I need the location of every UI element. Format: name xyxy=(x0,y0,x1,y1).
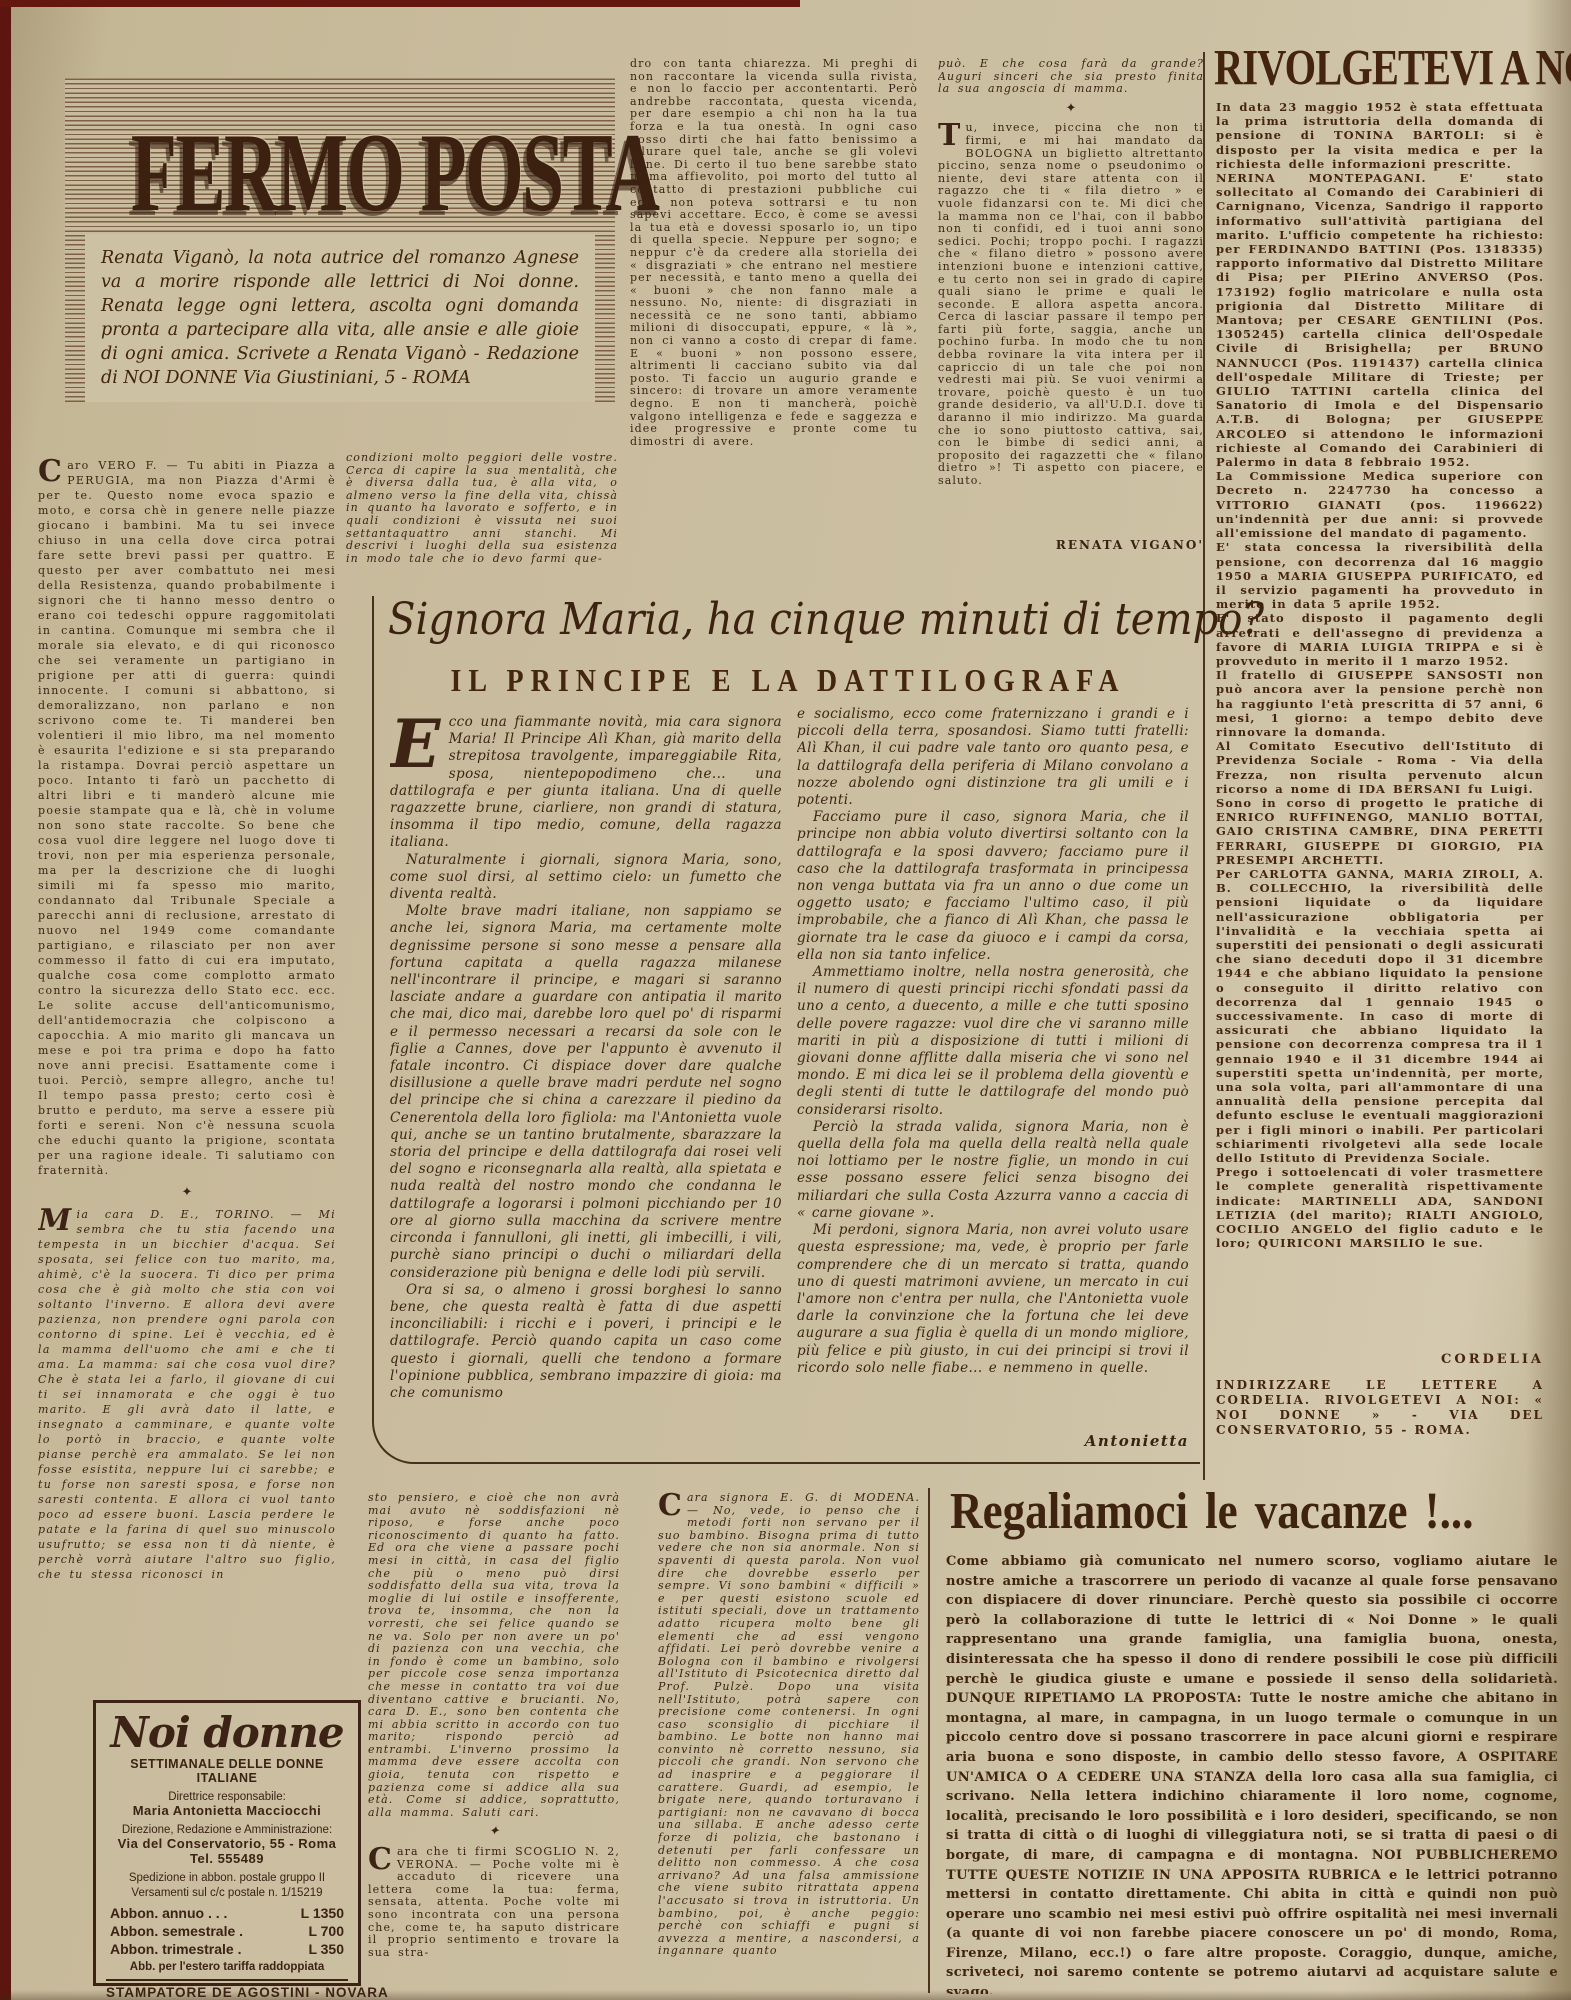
address: Via del Conservatorio, 55 - Roma xyxy=(106,1836,348,1851)
column-rule-vertical xyxy=(928,1488,930,1993)
letter-ending: può. E che cosa farà da grande? Auguri s… xyxy=(938,58,1204,96)
newspaper-page: { "masthead": { "title": "FERMO POSTA", … xyxy=(0,0,1571,2000)
article-paragraph: Facciamo pure il caso, signora Maria, ch… xyxy=(797,809,1189,964)
rivolgetevi-column: In data 23 maggio 1952 è stata effettuat… xyxy=(1216,100,1544,1352)
diamond-separator-icon: ✦ xyxy=(938,103,1204,116)
rivolgetevi-item: E' stato disposto il pagamento degli arr… xyxy=(1216,611,1544,668)
cordelia-signature: CORDELIA xyxy=(1216,1352,1544,1367)
address-label: Direzione, Redazione e Amministrazione: xyxy=(106,1824,348,1836)
shipping-note: Spedizione in abbon. postale gruppo II xyxy=(106,1872,348,1884)
letter-de-torino: ia cara D. E., TORINO. — Mi sembra che t… xyxy=(38,1208,336,1581)
diamond-separator-icon: ✦ xyxy=(368,1826,620,1839)
letters-column-2: dro con tanta chiarezza. Mi preghi di no… xyxy=(630,58,918,572)
payments-note: Versamenti sul c/c postale n. 1/15219 xyxy=(106,1887,348,1899)
drop-cap: C xyxy=(658,1492,687,1518)
director-name: Maria Antonietta Macciocchi xyxy=(106,1803,348,1818)
letter-vero-f: aro VERO F. — Tu abiti in Piazza a PERUG… xyxy=(38,459,336,1177)
drop-cap: T xyxy=(938,122,965,148)
article-paragraph: Ora si sa, o almeno i grossi borghesi lo… xyxy=(390,1282,782,1402)
column-rule-vertical xyxy=(1203,52,1205,1480)
letter-modena: ara signora E. G. di MODENA. — No, vede,… xyxy=(658,1492,920,1957)
article-column-1: E cco una fiammante novità, mia cara sig… xyxy=(390,714,782,1454)
masthead-intro: Renata Viganò, la nota autrice del roman… xyxy=(85,234,595,402)
subscription-row: Abbon. semestrale .L 700 xyxy=(106,1923,348,1939)
rivolgetevi-title: RIVOLGETEVI A NOI xyxy=(1214,42,1571,95)
drop-cap: C xyxy=(368,1846,397,1872)
letters-column-bottom-a: sto pensiero, e cioè che non avrà mai av… xyxy=(368,1492,620,1992)
article-subhead: IL PRINCIPE E LA DATTILOGRAFA xyxy=(388,664,1188,700)
rivolgetevi-item: Per CARLOTTA GANNA, MARIA ZIROLI, A. B. … xyxy=(1216,867,1544,1165)
drop-cap: M xyxy=(38,1207,77,1233)
rivolgetevi-item: Al Comitato Esecutivo dell'Istituto di P… xyxy=(1216,739,1544,796)
rivolgetevi-item: E' stata concessa la riversibilità della… xyxy=(1216,540,1544,611)
masthead-title: FERMO POSTA xyxy=(131,94,549,250)
article-paragraph: Mi perdoni, signora Maria, non avrei vol… xyxy=(797,1222,1189,1377)
article-paragraph: Perciò la strada valida, signora Maria, … xyxy=(797,1119,1189,1222)
phone: Tel. 555489 xyxy=(106,1851,348,1866)
director-label: Direttrice responsabile: xyxy=(106,1791,348,1803)
vacanze-body: Come abbiamo già comunicato nel numero s… xyxy=(946,1552,1558,1994)
foreign-tariff-note: Abb. per l'estero tariffa raddoppiata xyxy=(106,1961,348,1973)
article-paragraph: Molte brave madri italiane, non sappiamo… xyxy=(390,903,782,1281)
rivolgetevi-footer: INDIRIZZARE LE LETTERE A CORDELIA. RIVOL… xyxy=(1216,1378,1544,1438)
article-paragraph: Naturalmente i giornali, signora Maria, … xyxy=(390,852,782,904)
noi-donne-box: Noi donne SETTIMANALE DELLE DONNE ITALIA… xyxy=(93,1700,361,1986)
renata-vigano-signature: RENATA VIGANO' xyxy=(938,538,1204,552)
article-headline: Signora Maria, ha cinque minuti di tempo… xyxy=(388,592,1264,646)
noi-donne-subtitle: SETTIMANALE DELLE DONNE ITALIANE xyxy=(106,1757,348,1785)
rivolgetevi-item: In data 23 maggio 1952 è stata effettuat… xyxy=(1216,100,1544,171)
letter-de-continuation: sto pensiero, e cioè che non avrà mai av… xyxy=(368,1492,620,1819)
drop-cap: E xyxy=(390,714,449,770)
article-column-2: e socialismo, ecco come fraternizzano i … xyxy=(797,706,1189,1430)
antonietta-signature: Antonietta xyxy=(797,1432,1189,1450)
rivolgetevi-item: NERINA MONTEPAGANI. E' stato sollecitato… xyxy=(1216,171,1544,469)
letter-continuation-text: dro con tanta chiarezza. Mi preghi di no… xyxy=(630,58,918,448)
page-edge-left xyxy=(0,0,11,2000)
letters-column-3: può. E che cosa farà da grande? Auguri s… xyxy=(938,58,1204,536)
diamond-separator-icon: ✦ xyxy=(38,1185,336,1200)
page-edge-top xyxy=(0,0,800,7)
subscription-row: Abbon. trimestrale .L 350 xyxy=(106,1941,348,1957)
vacanze-headline: Regaliamoci le vacanze !... xyxy=(950,1482,1473,1541)
masthead: FERMO POSTA Renata Viganò, la nota autri… xyxy=(65,78,615,402)
article-paragraph: e socialismo, ecco come fraternizzano i … xyxy=(797,706,1189,809)
rivolgetevi-item: La Commissione Medica superiore con Decr… xyxy=(1216,469,1544,540)
letters-column-bottom-b: Cara signora E. G. di MODENA. — No, vede… xyxy=(658,1492,920,1992)
drop-cap: C xyxy=(38,458,67,484)
rivolgetevi-item: Sono in corso di progetto le pratiche di… xyxy=(1216,796,1544,867)
rivolgetevi-item: Prego i sottoelencati di voler trasmette… xyxy=(1216,1165,1544,1250)
letters-column-1: Caro VERO F. — Tu abiti in Piazza a PERU… xyxy=(38,458,336,1686)
rivolgetevi-item: Il fratello di GIUSEPPE SANSOSTI non può… xyxy=(1216,668,1544,739)
noi-donne-logo: Noi donne xyxy=(106,1711,348,1755)
printer-credit: STAMPATORE DE AGOSTINI - NOVARA xyxy=(106,1979,348,2000)
letter-scoglio-verona: ara che ti firmi SCOGLIO N. 2, VERONA. —… xyxy=(368,1845,620,1959)
letter-continuation-block: condizioni molto peggiori delle vostre. … xyxy=(346,452,618,584)
subscription-row: Abbon. annuo . . .L 1350 xyxy=(106,1905,348,1921)
article-paragraph: Ammettiamo inoltre, nella nostra generos… xyxy=(797,964,1189,1119)
article-paragraph: cco una fiammante novità, mia cara signo… xyxy=(390,714,782,852)
letter-bologna: u, invece, piccina che non ti firmi, e m… xyxy=(938,121,1204,487)
